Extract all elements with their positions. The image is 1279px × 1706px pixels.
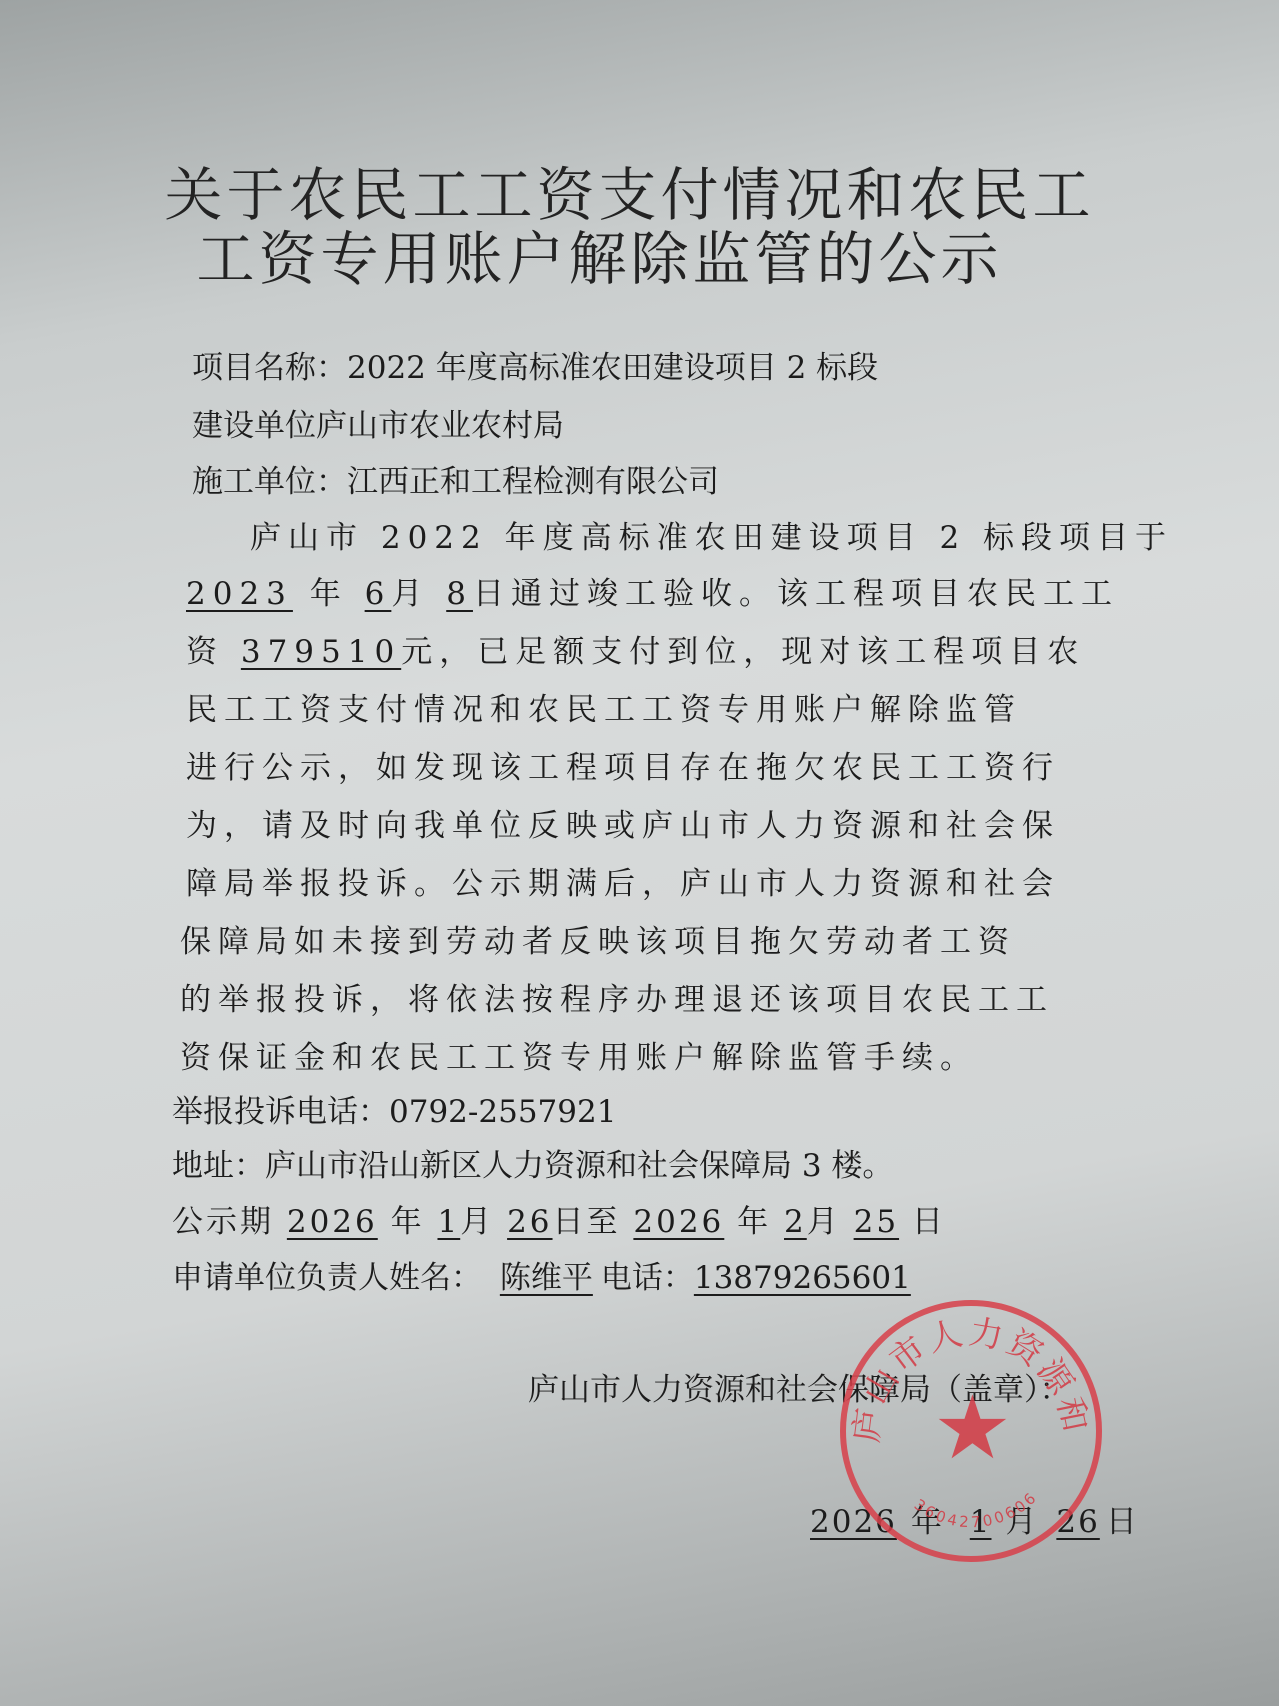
address-line: 地址：庐山市沿山新区人力资源和社会保障局 3 楼。 — [172, 1140, 893, 1185]
body-line-3-rest: 元，已足额支付到位，现对该工程项目农 — [401, 634, 1085, 670]
period-end-day: 25 — [854, 1204, 899, 1240]
notice-document: 关于农民工工资支付情况和农民工 工资专用账户解除监管的公示 项目名称：2022 … — [0, 0, 1279, 1706]
period-start-month: 1 — [437, 1204, 460, 1240]
year-char: 年 — [378, 1204, 438, 1240]
applicant-phone-label: 电话： — [601, 1260, 694, 1296]
hotline-line: 举报投诉电话：0792-2557921 — [172, 1086, 616, 1131]
month-char: 月 — [460, 1204, 507, 1240]
year-char: 年 — [724, 1204, 784, 1240]
contractor-label: 施工单位： — [192, 464, 347, 500]
builder-line: 建设单位庐山市农业农村局 — [192, 400, 564, 445]
project-name: 2022 年度高标准农田建设项目 2 标段 — [347, 350, 878, 386]
hotline-label: 举报投诉电话： — [172, 1094, 389, 1130]
day-char: 日 — [1106, 1504, 1139, 1540]
body-line-5: 进行公示，如发现该工程项目存在拖欠农民工工资行 — [186, 742, 1060, 787]
body-line-3: 资 379510元，已足额支付到位，现对该工程项目农 — [186, 626, 1085, 671]
publicity-period-line: 公示期 2026 年 1月 26日至 2026 年 2月 25 日 — [172, 1196, 946, 1241]
contractor-line: 施工单位：江西正和工程检测有限公司 — [192, 456, 719, 501]
title-line-2: 工资专用账户解除监管的公示 — [0, 212, 1239, 296]
applicant-line: 申请单位负责人姓名： 陈维平电话：13879265601 — [172, 1252, 911, 1297]
completion-day: 8 — [446, 576, 473, 612]
period-start-year: 2026 — [287, 1204, 378, 1240]
body-line-6: 为，请及时向我单位反映或庐山市人力资源和社会保 — [186, 800, 1060, 845]
body-line-2: 2023 年 6月 8日通过竣工验收。该工程项目农民工工 — [186, 568, 1119, 613]
body-line-2-rest: 日通过竣工验收。该工程项目农民工工 — [473, 576, 1119, 612]
address-label: 地址： — [172, 1148, 265, 1184]
body-line-1: 庐山市 2022 年度高标准农田建设项目 2 标段项目于 — [250, 512, 1173, 557]
builder: 庐山市农业农村局 — [316, 408, 564, 444]
address: 庐山市沿山新区人力资源和社会保障局 3 楼。 — [265, 1148, 893, 1184]
to-char: 日至 — [553, 1204, 634, 1240]
completion-year: 2023 — [186, 576, 293, 612]
body-line-8: 保障局如未接到劳动者反映该项目拖欠劳动者工资 — [180, 916, 1016, 961]
period-label: 公示期 — [172, 1204, 287, 1240]
body-line-10: 资保证金和农民工工资专用账户解除监管手续。 — [180, 1032, 978, 1077]
project-name-label: 项目名称： — [192, 350, 347, 386]
builder-label: 建设单位 — [192, 408, 316, 444]
year-char: 年 — [293, 576, 365, 612]
official-seal: 庐山市人力资源和社会保障局 36042700606 ★ — [840, 1300, 1102, 1562]
contractor: 江西正和工程检测有限公司 — [347, 464, 719, 500]
period-end-month: 2 — [784, 1204, 807, 1240]
star-icon: ★ — [933, 1384, 1012, 1472]
month-char: 月 — [807, 1204, 854, 1240]
project-name-line: 项目名称：2022 年度高标准农田建设项目 2 标段 — [192, 342, 878, 387]
month-char: 月 — [391, 576, 446, 612]
applicant-phone: 13879265601 — [694, 1260, 911, 1296]
svg-text:36042700606: 36042700606 — [911, 1488, 1042, 1532]
body-line-7: 障局举报投诉。公示期满后，庐山市人力资源和社会 — [186, 858, 1060, 903]
body-line-9: 的举报投诉，将依法按程序办理退还该项目农民工工 — [180, 974, 1054, 1019]
wage-prefix: 资 — [186, 634, 241, 670]
wage-amount: 379510 — [241, 634, 401, 670]
period-end-year: 2026 — [633, 1204, 724, 1240]
completion-month: 6 — [365, 576, 392, 612]
period-start-day: 26 — [507, 1204, 552, 1240]
body-line-4: 民工工资支付情况和农民工工资专用账户解除监管 — [186, 684, 1022, 729]
day-char: 日 — [899, 1204, 946, 1240]
hotline-number: 0792-2557921 — [389, 1094, 616, 1130]
applicant-label: 申请单位负责人姓名： — [172, 1260, 482, 1296]
applicant-name: 陈维平 — [492, 1260, 601, 1296]
